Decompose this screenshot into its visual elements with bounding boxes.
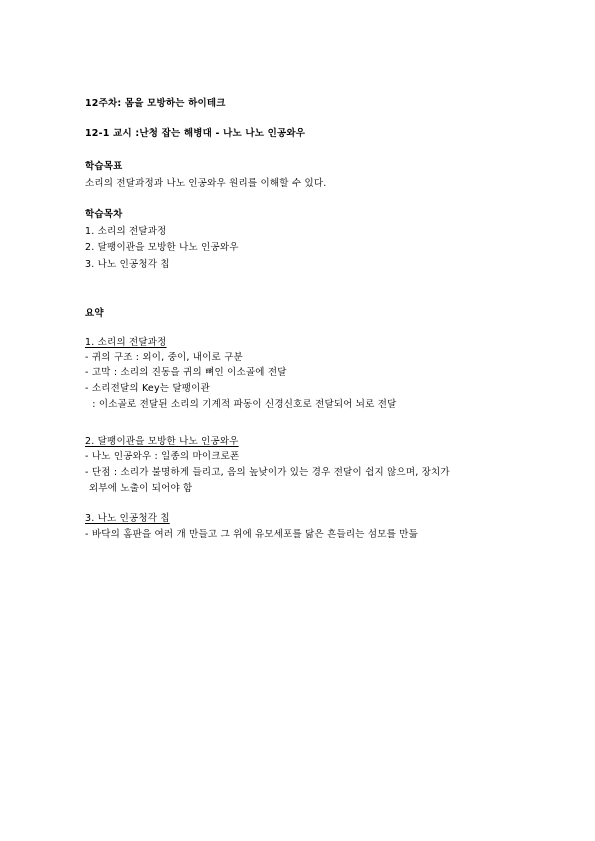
summary-line: - 바닥의 홈판을 여러 개 만들고 그 위에 유모세포를 닮은 흔들리는 섬모… xyxy=(85,529,418,541)
document-title: 12주차: 몸을 모방하는 하이테크 xyxy=(85,98,226,110)
summary-section-title: 1. 소리의 전달과정 xyxy=(85,337,167,349)
summary-line: - 단점 : 소리가 불명하게 들리고, 음의 높낮이가 있는 경우 전달이 쉽… xyxy=(85,467,450,479)
contents-item: 1. 소리의 전달과정 xyxy=(85,226,167,238)
goals-text: 소리의 전달과정과 나노 인공와우 원리를 이해할 수 있다. xyxy=(85,178,326,190)
contents-heading: 학습목차 xyxy=(85,209,123,221)
summary-line: - 나노 인공와우 : 일종의 마이크로폰 xyxy=(85,451,239,463)
summary-heading: 요약 xyxy=(85,308,104,320)
summary-line: - 고막 : 소리의 진동을 귀의 뼈인 이소골에 전달 xyxy=(85,367,287,379)
summary-section-title: 2. 달팽이관을 모방한 나노 인공와우 xyxy=(85,436,239,448)
summary-line: - 소리전달의 Key는 달팽이관 xyxy=(85,383,210,395)
summary-line: 외부에 노출이 되어야 함 xyxy=(89,483,192,495)
document-subtitle: 12-1 교시 :난청 잡는 해병대 - 나노 나노 인공와우 xyxy=(85,128,305,140)
summary-line: - 귀의 구조 : 외이, 중이, 내이로 구분 xyxy=(85,352,243,364)
contents-item: 2. 달팽이관을 모방한 나노 인공와우 xyxy=(85,242,239,254)
document-page: 12주차: 몸을 모방하는 하이테크 12-1 교시 :난청 잡는 해병대 - … xyxy=(0,0,595,841)
goals-heading: 학습목표 xyxy=(85,161,123,173)
summary-line: : 이소골로 전달된 소리의 기계적 파동이 신경신호로 전달되어 뇌로 전달 xyxy=(89,399,397,411)
contents-item: 3. 나노 인공청각 칩 xyxy=(85,259,170,271)
summary-section-title: 3. 나노 인공청각 칩 xyxy=(85,513,170,525)
